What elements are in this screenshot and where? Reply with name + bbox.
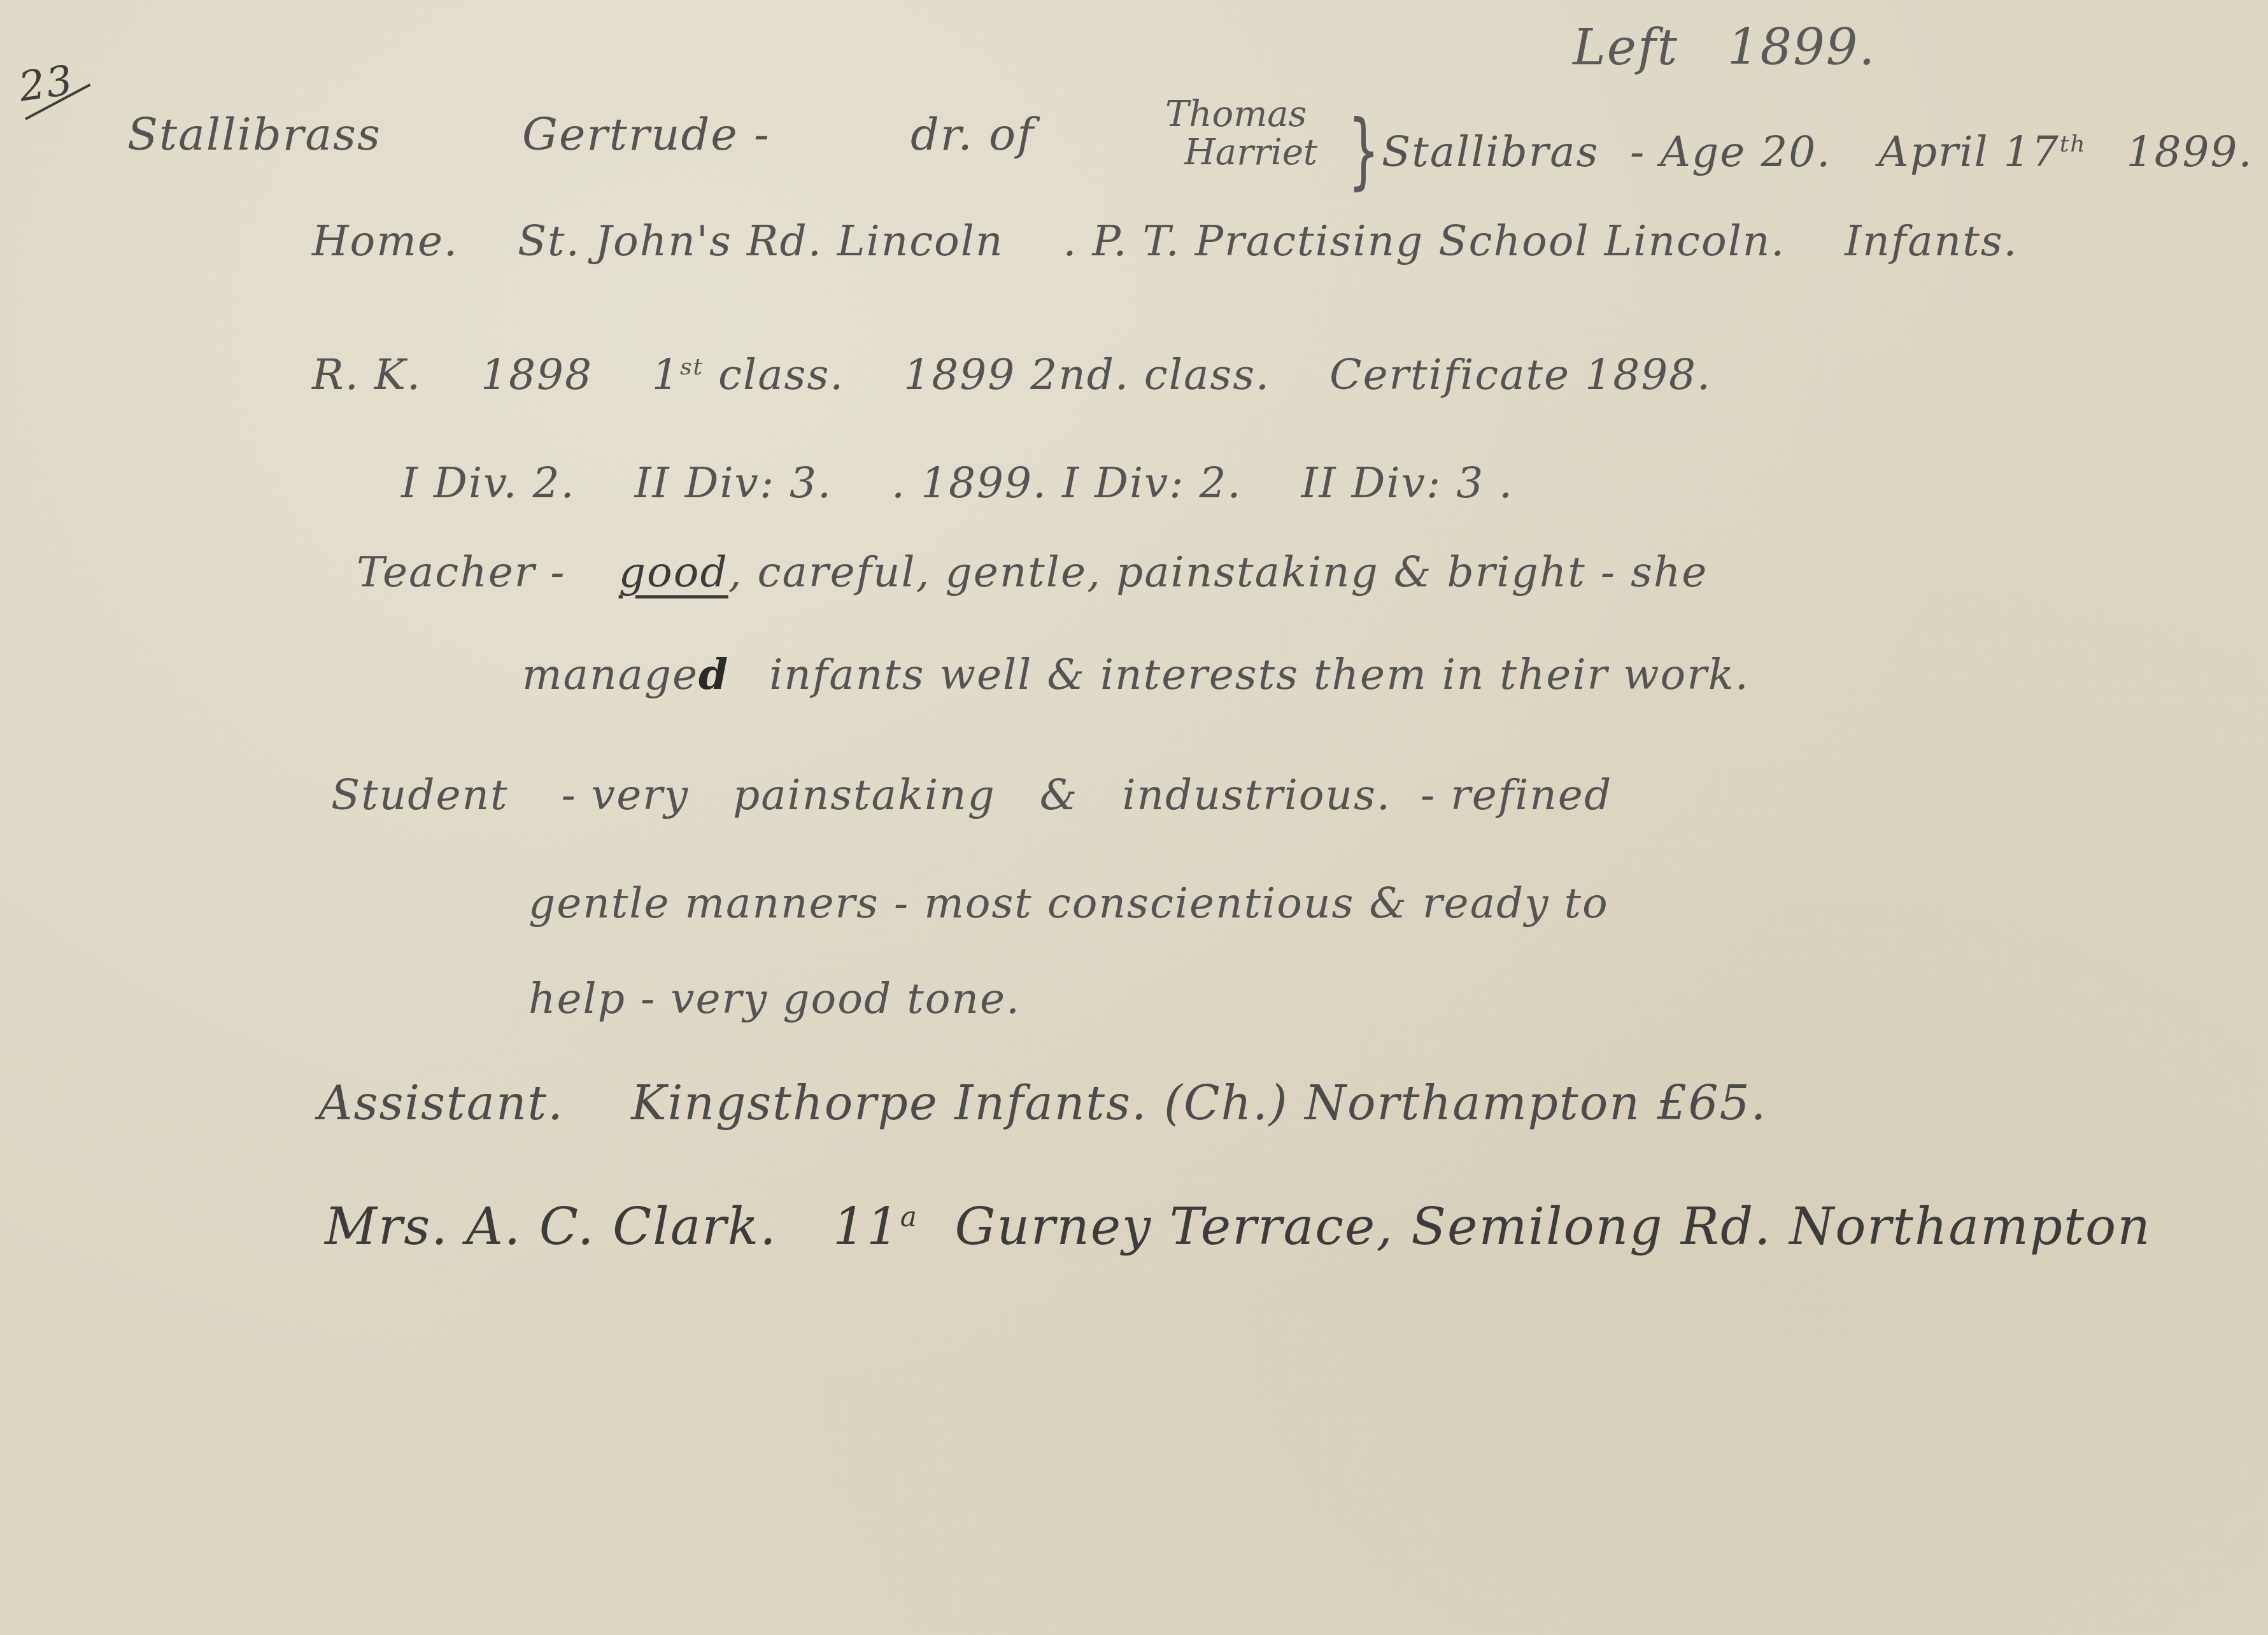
admission-year: 1899. [2127,127,2253,176]
exam-year-2-class: 1899 2nd. class. [904,350,1270,399]
student-remarks-line-1: Student - very painstaking & industrious… [331,770,1612,819]
teacher-correction: d [698,649,729,699]
exam-line: R. K. 1898 1st class. 1899 2nd. class. C… [312,350,1712,399]
division-segment: II Div: 3. [634,458,832,507]
exam-year-1: 1898 [481,350,593,399]
teacher-remarks-line-1: Teacher - good, careful, gentle, painsta… [357,548,1708,597]
teacher-remarks-line-2: managed infants well & interests them in… [522,649,1750,699]
division-line: I Div. 2. II Div: 3. . 1899. I Div: 2. I… [401,458,1513,507]
parents: Thomas Harriet [1165,96,1317,172]
left-label: Left [1573,19,1678,76]
division-segment: II Div: 3 . [1301,458,1513,507]
surname: Stallibrass [127,108,381,160]
entry-number: 23 [16,57,76,111]
home-department: Infants. [1845,216,2018,265]
forename: Gertrude - [522,108,770,160]
appointment-text: Kingsthorpe Infants. (Ch.) Northampton £… [631,1076,1767,1131]
teacher-emphasis: good [619,548,728,597]
left-date: Left 1899. [1573,19,1876,76]
house-number: 11a [833,1197,918,1256]
appointment-label: Assistant. [318,1076,564,1131]
certificate: Certificate 1898. [1329,350,1712,399]
student-remarks-line-2: gentle manners - most conscientious & re… [528,879,1609,928]
parents-brace: } [1348,102,1380,199]
appointment-line: Assistant. Kingsthorpe Infants. (Ch.) No… [318,1076,1767,1131]
teacher-remarks-rest: , careful, gentle, painstaking & bright … [728,548,1708,597]
home-address: St. John's Rd. Lincoln [518,216,1004,265]
later-address-line: Mrs. A. C. Clark. 11a Gurney Terrace, Se… [325,1197,2151,1256]
register-page: 23 Left 1899. Stallibrass Gertrude - dr.… [0,0,2268,1635]
home-school: . P. T. Practising School Lincoln. [1063,216,1785,265]
home-label: Home. [312,216,458,265]
teacher-manage: manage [522,650,698,699]
left-year: 1899. [1727,19,1876,76]
home-line: Home. St. John's Rd. Lincoln . P. T. Pra… [312,216,2018,265]
teacher-line-2-rest: infants well & interests them in their w… [769,650,1750,699]
student-line-1: - very painstaking & industrious. - refi… [562,770,1613,819]
student-remarks-line-3: help - very good tone. [528,974,1021,1023]
street-address: Gurney Terrace, Semilong Rd. Northampton [954,1197,2151,1256]
division-segment: . 1899. I Div: 2. [891,458,1242,507]
admission-date: April 17th 1899. [1878,127,2253,176]
family-surname: Stallibras [1382,127,1599,176]
exam-class-1: 1st class. [652,350,844,399]
exam-label: R. K. [312,350,422,399]
student-label: Student [331,770,509,819]
relation: dr. of [911,108,1035,160]
admission-day: April 17 [1878,127,2060,176]
married-name: Mrs. A. C. Clark. [325,1197,777,1256]
age: - Age 20. [1630,127,1831,176]
father-name: Thomas [1165,96,1317,134]
admission-day-suffix: th [2060,130,2087,157]
teacher-label: Teacher - [357,548,566,597]
mother-name: Harriet [1184,134,1317,172]
division-segment: I Div. 2. [401,458,575,507]
